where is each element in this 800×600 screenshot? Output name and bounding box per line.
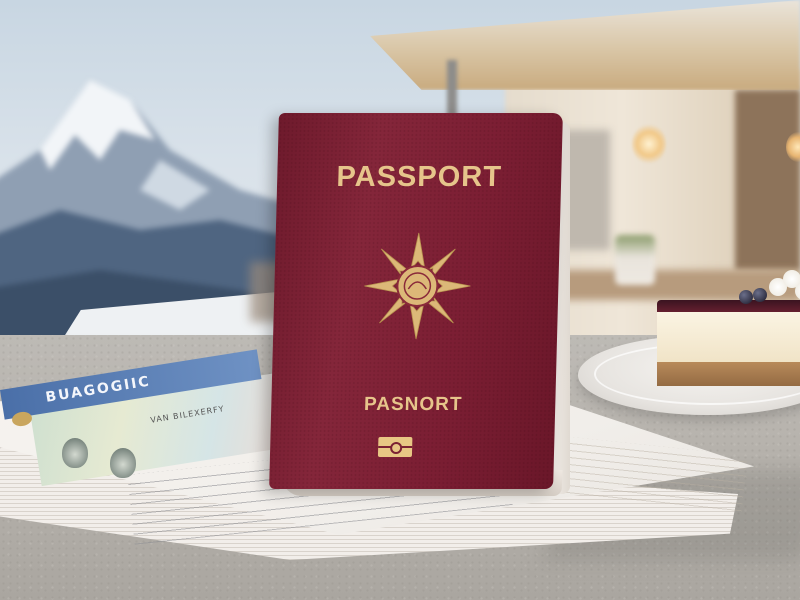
star-emblem-icon: [361, 231, 474, 341]
awning-pole: [447, 60, 457, 120]
cafe-doorway: [735, 90, 800, 270]
berry-icon: [739, 290, 753, 304]
passport[interactable]: PASSPORT PASNORT: [269, 113, 563, 489]
photo-scene: BUAGOGIIC VAN BILEXERFY PASSPORT PASNORT: [0, 0, 800, 600]
passport-subtitle: PASNORT: [271, 394, 556, 416]
wall-lamp-icon: [632, 124, 666, 164]
potted-plant: [615, 235, 655, 285]
portrait-photo-icon: [62, 438, 88, 468]
passport-title: PASSPORT: [277, 161, 562, 194]
berry-icon: [753, 288, 767, 302]
biometric-chip-icon: [378, 437, 413, 457]
